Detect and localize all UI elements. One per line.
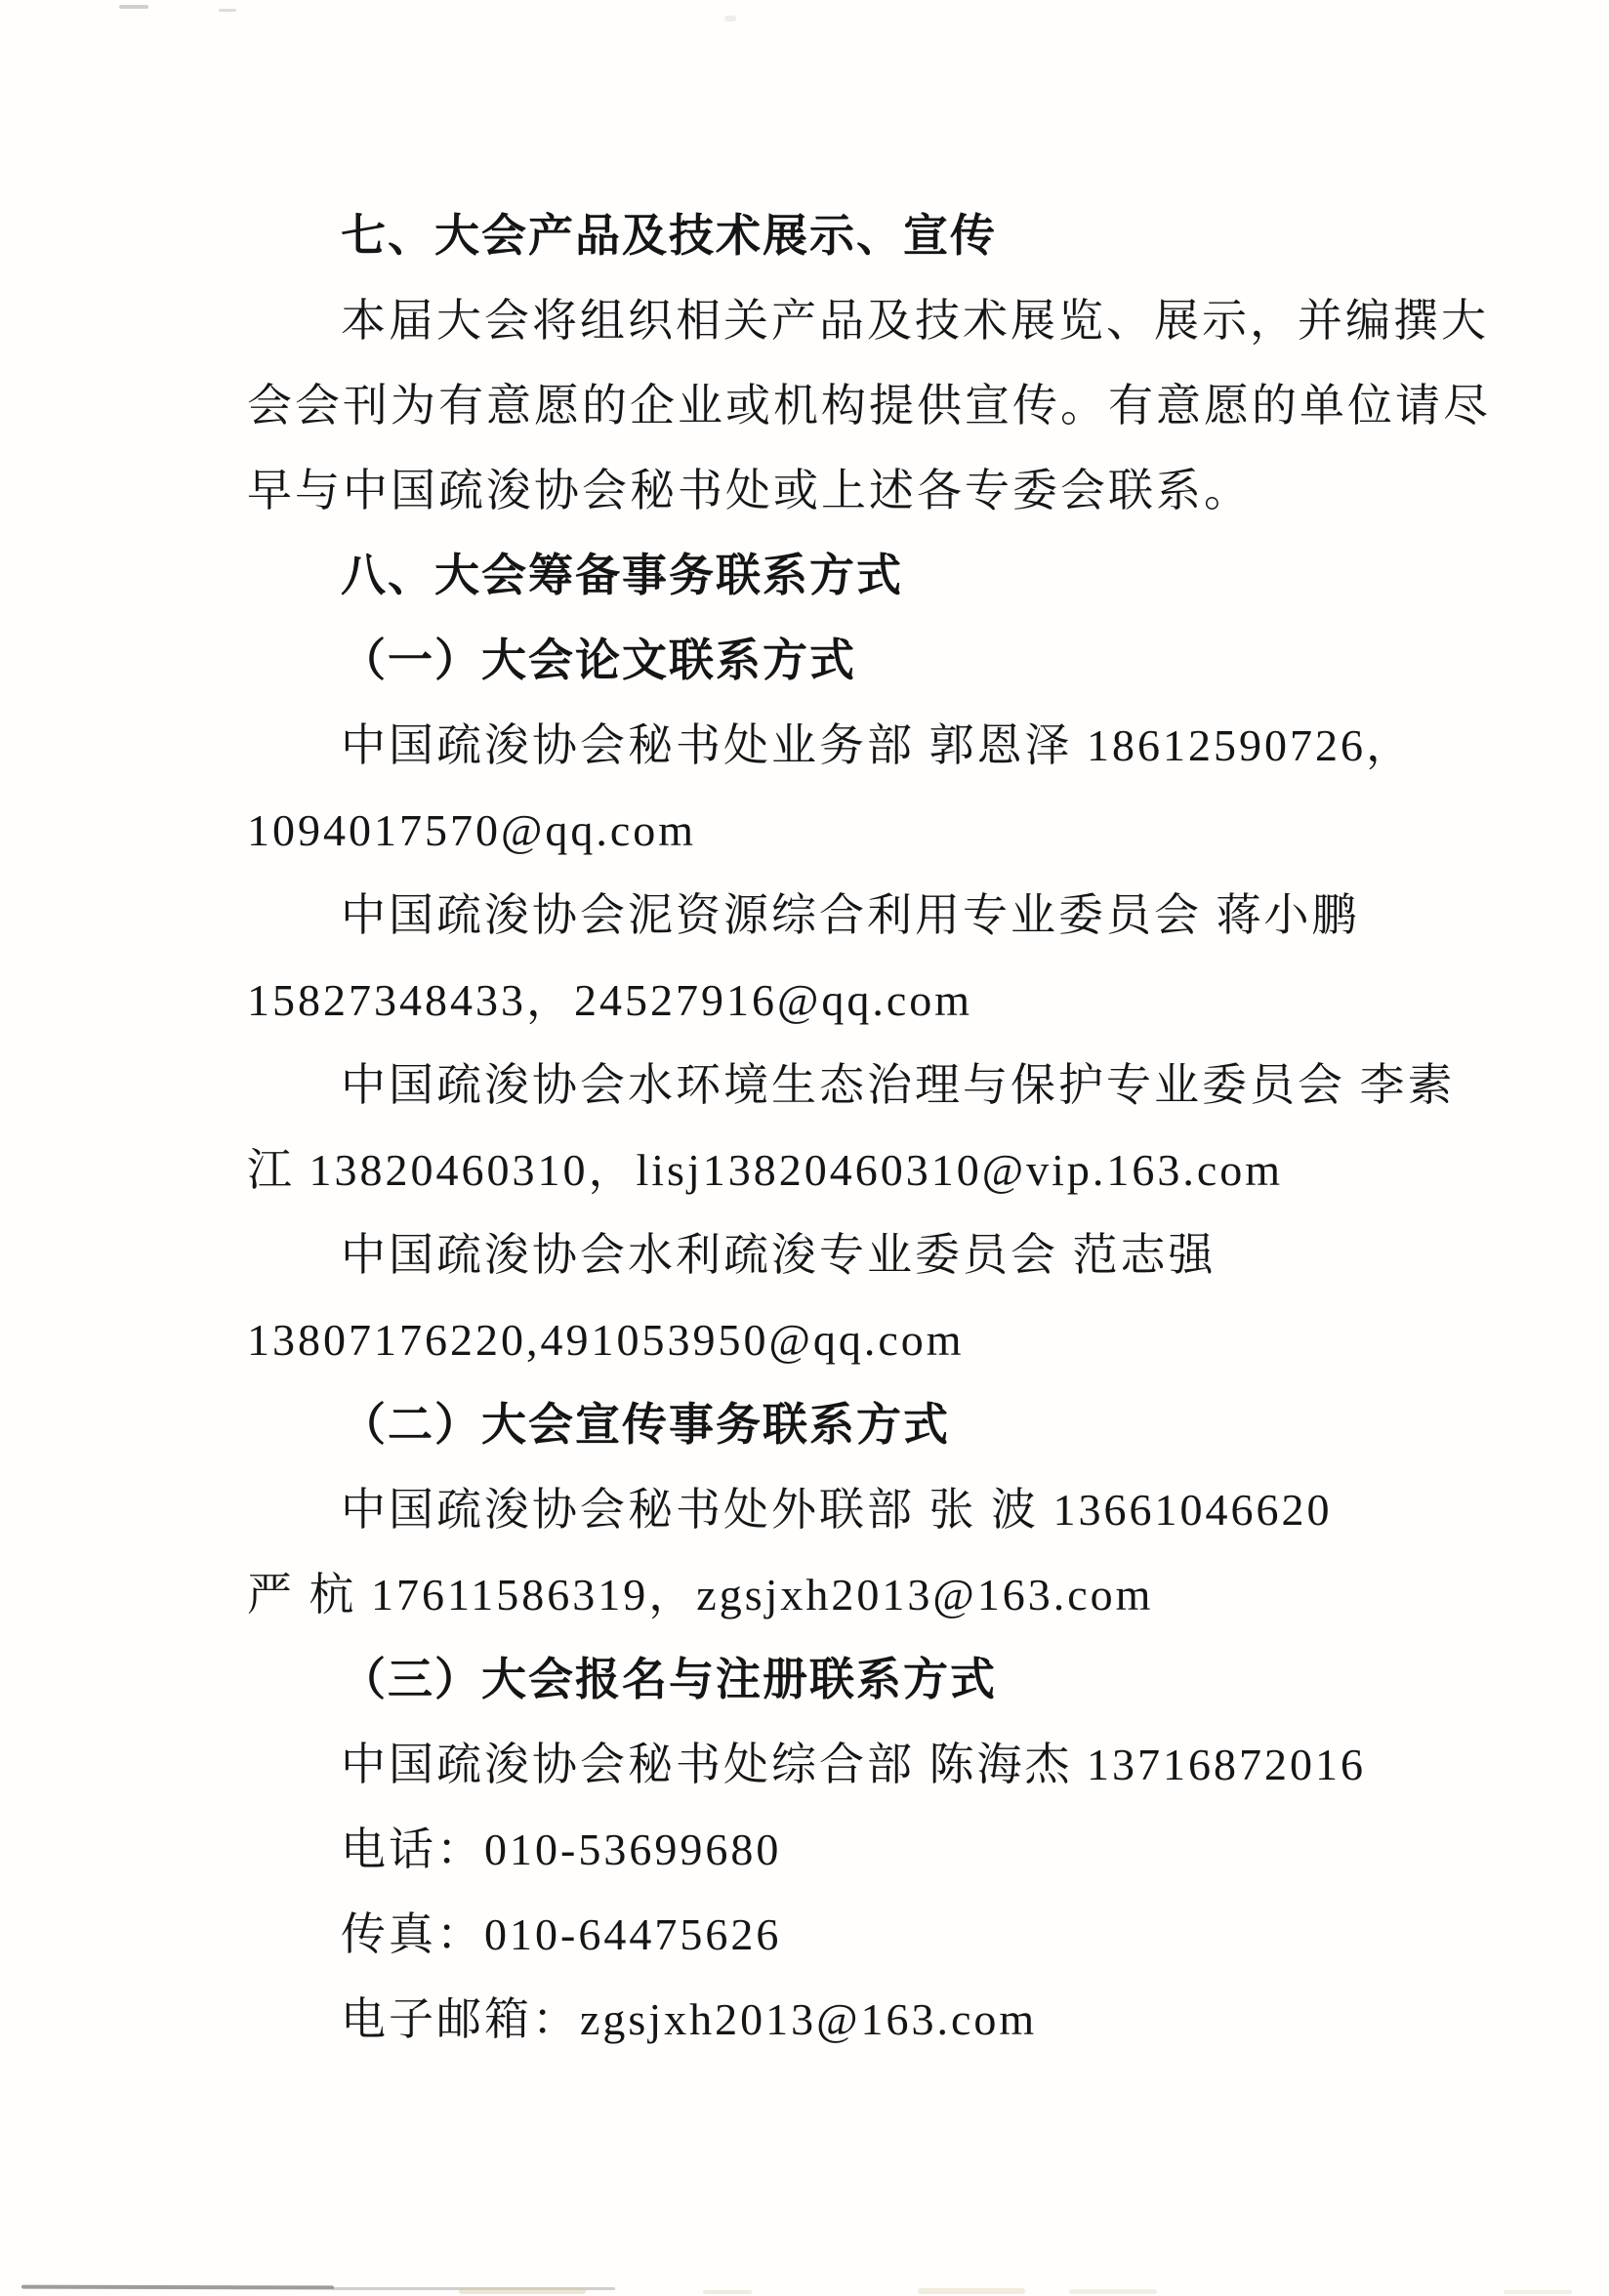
page-edge-smudge — [918, 2288, 1025, 2294]
text-line: 15827348433，24527916@qq.com — [247, 958, 1477, 1043]
text-line: 中国疏浚协会泥资源综合利用专业委员会 蒋小鹏 — [247, 873, 1477, 958]
text-line: 电话：010-53699680 — [247, 1807, 1477, 1892]
text-line: 中国疏浚协会水利疏浚专业委员会 范志强 — [247, 1212, 1477, 1297]
text-line: 中国疏浚协会秘书处综合部 陈海杰 13716872016 — [247, 1722, 1477, 1807]
scan-speck — [219, 9, 236, 12]
text-line: 电子邮箱：zgsjxh2013@163.com — [247, 1977, 1477, 2062]
section-heading: 七、大会产品及技术展示、宣传 — [247, 193, 1477, 278]
scan-speck — [724, 16, 736, 21]
text-line: 1094017570@qq.com — [247, 788, 1477, 873]
document-body: 七、大会产品及技术展示、宣传本届大会将组织相关产品及技术展览、展示，并编撰大会会… — [247, 193, 1477, 2062]
text-line: 江 13820460310，lisj13820460310@vip.163.co… — [247, 1127, 1477, 1212]
page-edge-smudge — [332, 2287, 615, 2290]
text-line: 传真：010-64475626 — [247, 1892, 1477, 1977]
section-heading: （二）大会宣传事务联系方式 — [247, 1382, 1477, 1467]
text-line: 中国疏浚协会秘书处外联部 张 波 13661046620 — [247, 1467, 1477, 1552]
page-edge-smudge — [21, 2285, 334, 2290]
page-edge-smudge — [1504, 2290, 1572, 2294]
text-line: 本届大会将组织相关产品及技术展览、展示，并编撰大 — [247, 278, 1477, 363]
text-line: 早与中国疏浚协会秘书处或上述各专委会联系。 — [247, 448, 1477, 533]
scanned-document-page: 七、大会产品及技术展示、宣传本届大会将组织相关产品及技术展览、展示，并编撰大会会… — [0, 0, 1609, 2296]
page-edge-smudge — [703, 2290, 752, 2294]
section-heading: （一）大会论文联系方式 — [247, 618, 1477, 703]
section-heading: 八、大会筹备事务联系方式 — [247, 533, 1477, 618]
page-edge-smudge — [459, 2288, 586, 2294]
text-line: 严 杭 17611586319，zgsjxh2013@163.com — [247, 1552, 1477, 1637]
text-line: 会会刊为有意愿的企业或机构提供宣传。有意愿的单位请尽 — [247, 363, 1477, 448]
text-line: 中国疏浚协会水环境生态治理与保护专业委员会 李素 — [247, 1043, 1477, 1127]
section-heading: （三）大会报名与注册联系方式 — [247, 1637, 1477, 1722]
text-line: 中国疏浚协会秘书处业务部 郭恩泽 18612590726， — [247, 703, 1477, 788]
scan-speck — [119, 5, 148, 9]
text-line: 13807176220,491053950@qq.com — [247, 1297, 1477, 1382]
page-edge-smudge — [1069, 2289, 1157, 2294]
